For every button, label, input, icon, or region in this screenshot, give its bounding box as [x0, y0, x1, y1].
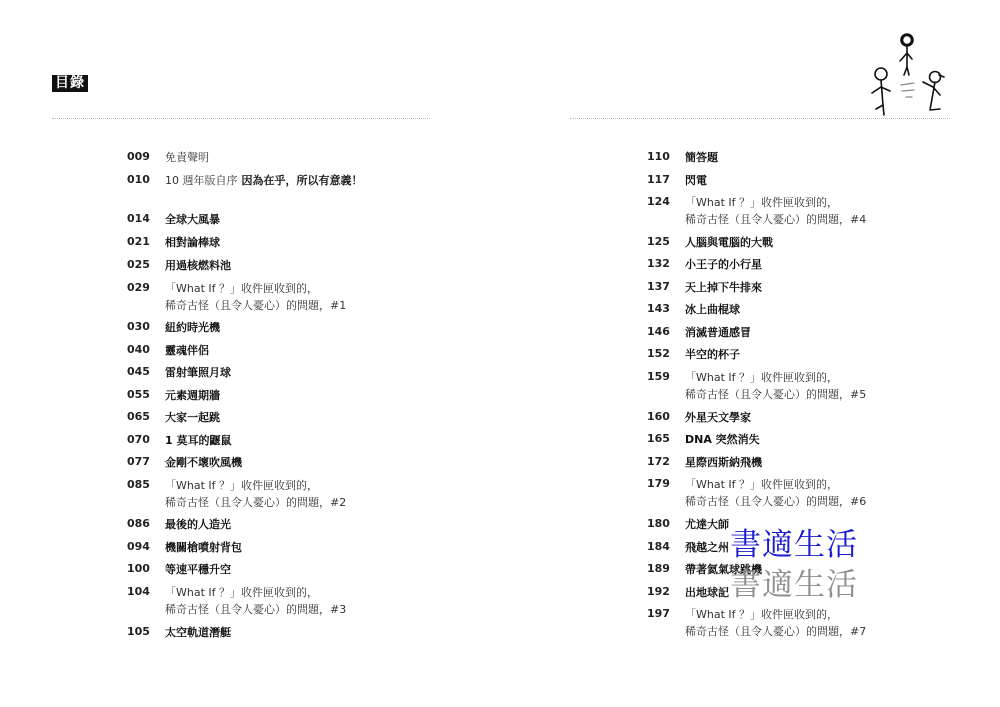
- toc-entry: 124「What If ？」收件匣收到的，稀奇古怪（且令人憂心）的問題，#4: [647, 195, 866, 228]
- toc-page-number: 110: [647, 150, 685, 166]
- toc-page-number: 030: [127, 320, 165, 336]
- toc-title-line: 半空的杯子: [685, 346, 740, 363]
- toc-entry: 025用過核燃料池: [127, 258, 231, 274]
- toc-entry: 040靈魂伴侶: [127, 343, 209, 359]
- toc-page-number: 105: [127, 625, 165, 641]
- toc-title-line: 靈魂伴侶: [165, 342, 209, 359]
- toc-page-number: 159: [647, 370, 685, 403]
- toc-title: 大家一起跳: [165, 409, 220, 426]
- toc-entry: 065大家一起跳: [127, 410, 220, 426]
- toc-title-line: 尤達大師: [685, 516, 729, 533]
- toc-title-prefix: 10 週年版自序: [165, 174, 238, 187]
- toc-entry: 014全球大風暴: [127, 212, 220, 228]
- toc-page-number: 184: [647, 540, 685, 556]
- toc-page-number: 125: [647, 235, 685, 251]
- toc-title-line: 人腦與電腦的大戰: [685, 234, 773, 251]
- toc-page-number: 124: [647, 195, 685, 228]
- toc-title: 飛越之州: [685, 539, 729, 556]
- toc-page-number: 104: [127, 585, 165, 618]
- toc-entry: 159「What If ？」收件匣收到的，稀奇古怪（且令人憂心）的問題，#5: [647, 370, 866, 403]
- toc-title-line: 稀奇古怪（且令人憂心）的問題，#1: [165, 297, 346, 314]
- toc-entry: 132小王子的小行星: [647, 257, 762, 273]
- toc-title-line: 最後的人造光: [165, 516, 231, 533]
- toc-page-number: 055: [127, 388, 165, 404]
- toc-title-line: 太空軌道潛艇: [165, 624, 231, 641]
- toc-title-line: 飛越之州: [685, 539, 729, 556]
- toc-page-number: 197: [647, 607, 685, 640]
- toc-title-line: 「What If ？」收件匣收到的，: [165, 280, 346, 297]
- toc-title-line: 稀奇古怪（且令人憂心）的問題，#6: [685, 493, 866, 510]
- toc-title: 免責聲明: [165, 149, 209, 166]
- toc-entry: 137天上掉下牛排來: [647, 280, 762, 296]
- toc-entry: 01010 週年版自序因為在乎，所以有意義！: [127, 173, 363, 189]
- toc-title-line: 出地球記: [685, 584, 729, 601]
- toc-title-line: 星際西斯納飛機: [685, 454, 762, 471]
- toc-title: 天上掉下牛排來: [685, 279, 762, 296]
- toc-title-line: 稀奇古怪（且令人憂心）的問題，#3: [165, 601, 346, 618]
- toc-entry: 184飛越之州: [647, 540, 729, 556]
- toc-title-line: 「What If ？」收件匣收到的，: [165, 584, 346, 601]
- toc-page-number: 192: [647, 585, 685, 601]
- toc-entry: 104「What If ？」收件匣收到的，稀奇古怪（且令人憂心）的問題，#3: [127, 585, 346, 618]
- toc-entry: 105太空軌道潛艇: [127, 625, 231, 641]
- toc-title-line: 用過核燃料池: [165, 257, 231, 274]
- toc-title: 「What If ？」收件匣收到的，稀奇古怪（且令人憂心）的問題，#2: [165, 477, 346, 511]
- toc-title: 等速平穩升空: [165, 561, 231, 578]
- toc-title-emphasis: 因為在乎，所以有意義！: [242, 174, 363, 187]
- toc-title: 「What If ？」收件匣收到的，稀奇古怪（且令人憂心）的問題，#5: [685, 369, 866, 403]
- toc-entry: 086最後的人造光: [127, 517, 231, 533]
- toc-page-number: 014: [127, 212, 165, 228]
- toc-title: 「What If ？」收件匣收到的，稀奇古怪（且令人憂心）的問題，#1: [165, 280, 346, 314]
- toc-title: 用過核燃料池: [165, 257, 231, 274]
- toc-title-line: 小王子的小行星: [685, 256, 762, 273]
- toc-entry: 146消滅普通感冒: [647, 325, 751, 341]
- toc-entry: 152半空的杯子: [647, 347, 740, 363]
- toc-page-number: 085: [127, 478, 165, 511]
- toc-page-number: 070: [127, 433, 165, 449]
- toc-title: 「What If ？」收件匣收到的，稀奇古怪（且令人憂心）的問題，#3: [165, 584, 346, 618]
- toc-page-number: 189: [647, 562, 685, 578]
- toc-title-line: 「What If ？」收件匣收到的，: [685, 476, 866, 493]
- toc-page-number: 146: [647, 325, 685, 341]
- toc-heading: 目錄: [52, 75, 88, 92]
- toc-title-line: 稀奇古怪（且令人憂心）的問題，#2: [165, 494, 346, 511]
- toc-page-number: 009: [127, 150, 165, 166]
- toc-title-line: 免責聲明: [165, 149, 209, 166]
- toc-title-line: 10 週年版自序因為在乎，所以有意義！: [165, 172, 363, 189]
- toc-entry: 179「What If ？」收件匣收到的，稀奇古怪（且令人憂心）的問題，#6: [647, 477, 866, 510]
- toc-title: 消滅普通感冒: [685, 324, 751, 341]
- toc-page-number: 029: [127, 281, 165, 314]
- toc-page-number: 045: [127, 365, 165, 381]
- toc-entry: 197「What If ？」收件匣收到的，稀奇古怪（且令人憂心）的問題，#7: [647, 607, 866, 640]
- toc-title: 簡答題: [685, 149, 718, 166]
- toc-page-number: 137: [647, 280, 685, 296]
- toc-entry: 100等速平穩升空: [127, 562, 231, 578]
- toc-title-line: 閃電: [685, 172, 707, 189]
- toc-title: 1 莫耳的鼴鼠: [165, 432, 231, 449]
- toc-page-number: 077: [127, 455, 165, 471]
- toc-title-line: 「What If ？」收件匣收到的，: [165, 477, 346, 494]
- toc-title-line: 大家一起跳: [165, 409, 220, 426]
- toc-title-line: 金剛不壞吹風機: [165, 454, 242, 471]
- toc-title: 最後的人造光: [165, 516, 231, 533]
- dotted-divider: [570, 118, 950, 119]
- toc-page-number: 010: [127, 173, 165, 189]
- toc-page-number: 172: [647, 455, 685, 471]
- toc-entry: 125人腦與電腦的大戰: [647, 235, 773, 251]
- dotted-divider: [52, 118, 430, 119]
- toc-title-line: 消滅普通感冒: [685, 324, 751, 341]
- toc-entry: 0701 莫耳的鼴鼠: [127, 433, 231, 449]
- toc-entry: 110簡答題: [647, 150, 718, 166]
- toc-entry: 192出地球記: [647, 585, 729, 601]
- toc-page-number: 132: [647, 257, 685, 273]
- toc-title-line: 雷射筆照月球: [165, 364, 231, 381]
- toc-title: 半空的杯子: [685, 346, 740, 363]
- toc-page-number: 180: [647, 517, 685, 533]
- toc-title: 機關槍噴射背包: [165, 539, 242, 556]
- toc-title-line: 稀奇古怪（且令人憂心）的問題，#4: [685, 211, 866, 228]
- toc-title: 小王子的小行星: [685, 256, 762, 273]
- toc-title-line: 「What If ？」收件匣收到的，: [685, 369, 866, 386]
- toc-title-line: 紐約時光機: [165, 319, 220, 336]
- toc-entry: 029「What If ？」收件匣收到的，稀奇古怪（且令人憂心）的問題，#1: [127, 281, 346, 314]
- toc-entry: 085「What If ？」收件匣收到的，稀奇古怪（且令人憂心）的問題，#2: [127, 478, 346, 511]
- toc-title: 「What If ？」收件匣收到的，稀奇古怪（且令人憂心）的問題，#7: [685, 606, 866, 640]
- toc-title-line: 等速平穩升空: [165, 561, 231, 578]
- toc-entry: 165DNA 突然消失: [647, 432, 760, 448]
- toc-page-number: 143: [647, 302, 685, 318]
- toc-title: 靈魂伴侶: [165, 342, 209, 359]
- toc-title: 人腦與電腦的大戰: [685, 234, 773, 251]
- toc-page-number: 040: [127, 343, 165, 359]
- toc-title: 出地球記: [685, 584, 729, 601]
- toc-page-number: 065: [127, 410, 165, 426]
- toc-entry: 077金剛不壞吹風機: [127, 455, 242, 471]
- toc-title: 全球大風暴: [165, 211, 220, 228]
- toc-page-number: 100: [127, 562, 165, 578]
- toc-title: 尤達大師: [685, 516, 729, 533]
- toc-page-number: 160: [647, 410, 685, 426]
- stick-figures-jumping-icon: [860, 25, 960, 117]
- toc-title: 10 週年版自序因為在乎，所以有意義！: [165, 172, 363, 189]
- toc-entry: 160外星天文學家: [647, 410, 751, 426]
- toc-title-line: 全球大風暴: [165, 211, 220, 228]
- toc-title: DNA 突然消失: [685, 431, 760, 448]
- toc-title-line: 「What If ？」收件匣收到的，: [685, 194, 866, 211]
- toc-title-line: 天上掉下牛排來: [685, 279, 762, 296]
- toc-title-line: 1 莫耳的鼴鼠: [165, 432, 231, 449]
- toc-title-line: 簡答題: [685, 149, 718, 166]
- left-page: 目錄 009免責聲明01010 週年版自序因為在乎，所以有意義！014全球大風暴…: [0, 0, 500, 707]
- toc-entry: 030紐約時光機: [127, 320, 220, 336]
- toc-title: 星際西斯納飛機: [685, 454, 762, 471]
- toc-entry: 094機關槍噴射背包: [127, 540, 242, 556]
- toc-title: 相對論棒球: [165, 234, 220, 251]
- toc-title: 「What If ？」收件匣收到的，稀奇古怪（且令人憂心）的問題，#6: [685, 476, 866, 510]
- toc-entry: 172星際西斯納飛機: [647, 455, 762, 471]
- toc-title-line: 機關槍噴射背包: [165, 539, 242, 556]
- toc-title-line: 冰上曲棍球: [685, 301, 740, 318]
- toc-page-number: 152: [647, 347, 685, 363]
- toc-title-line: 稀奇古怪（且令人憂心）的問題，#7: [685, 623, 866, 640]
- toc-entry: 180尤達大師: [647, 517, 729, 533]
- toc-page-number: 025: [127, 258, 165, 274]
- toc-title: 外星天文學家: [685, 409, 751, 426]
- toc-title: 元素週期牆: [165, 387, 220, 404]
- watermark-gray: 書適生活: [730, 567, 858, 603]
- toc-title: 雷射筆照月球: [165, 364, 231, 381]
- toc-title: 太空軌道潛艇: [165, 624, 231, 641]
- toc-page-number: 021: [127, 235, 165, 251]
- toc-entry: 009免責聲明: [127, 150, 209, 166]
- toc-entry: 021相對論棒球: [127, 235, 220, 251]
- toc-title-line: 外星天文學家: [685, 409, 751, 426]
- toc-entry: 055元素週期牆: [127, 388, 220, 404]
- toc-title-line: 稀奇古怪（且令人憂心）的問題，#5: [685, 386, 866, 403]
- toc-title: 閃電: [685, 172, 707, 189]
- toc-entry: 045雷射筆照月球: [127, 365, 231, 381]
- toc-title: 紐約時光機: [165, 319, 220, 336]
- toc-page-number: 179: [647, 477, 685, 510]
- toc-page-number: 086: [127, 517, 165, 533]
- toc-page-number: 094: [127, 540, 165, 556]
- toc-title: 金剛不壞吹風機: [165, 454, 242, 471]
- toc-title: 冰上曲棍球: [685, 301, 740, 318]
- toc-entry: 117閃電: [647, 173, 707, 189]
- toc-title-line: 相對論棒球: [165, 234, 220, 251]
- toc-page-number: 117: [647, 173, 685, 189]
- toc-page-number: 165: [647, 432, 685, 448]
- watermark-blue: 書適生活: [730, 527, 858, 563]
- toc-title-line: 「What If ？」收件匣收到的，: [685, 606, 866, 623]
- toc-title-line: 元素週期牆: [165, 387, 220, 404]
- toc-title: 「What If ？」收件匣收到的，稀奇古怪（且令人憂心）的問題，#4: [685, 194, 866, 228]
- toc-title-line: DNA 突然消失: [685, 431, 760, 448]
- toc-entry: 143冰上曲棍球: [647, 302, 740, 318]
